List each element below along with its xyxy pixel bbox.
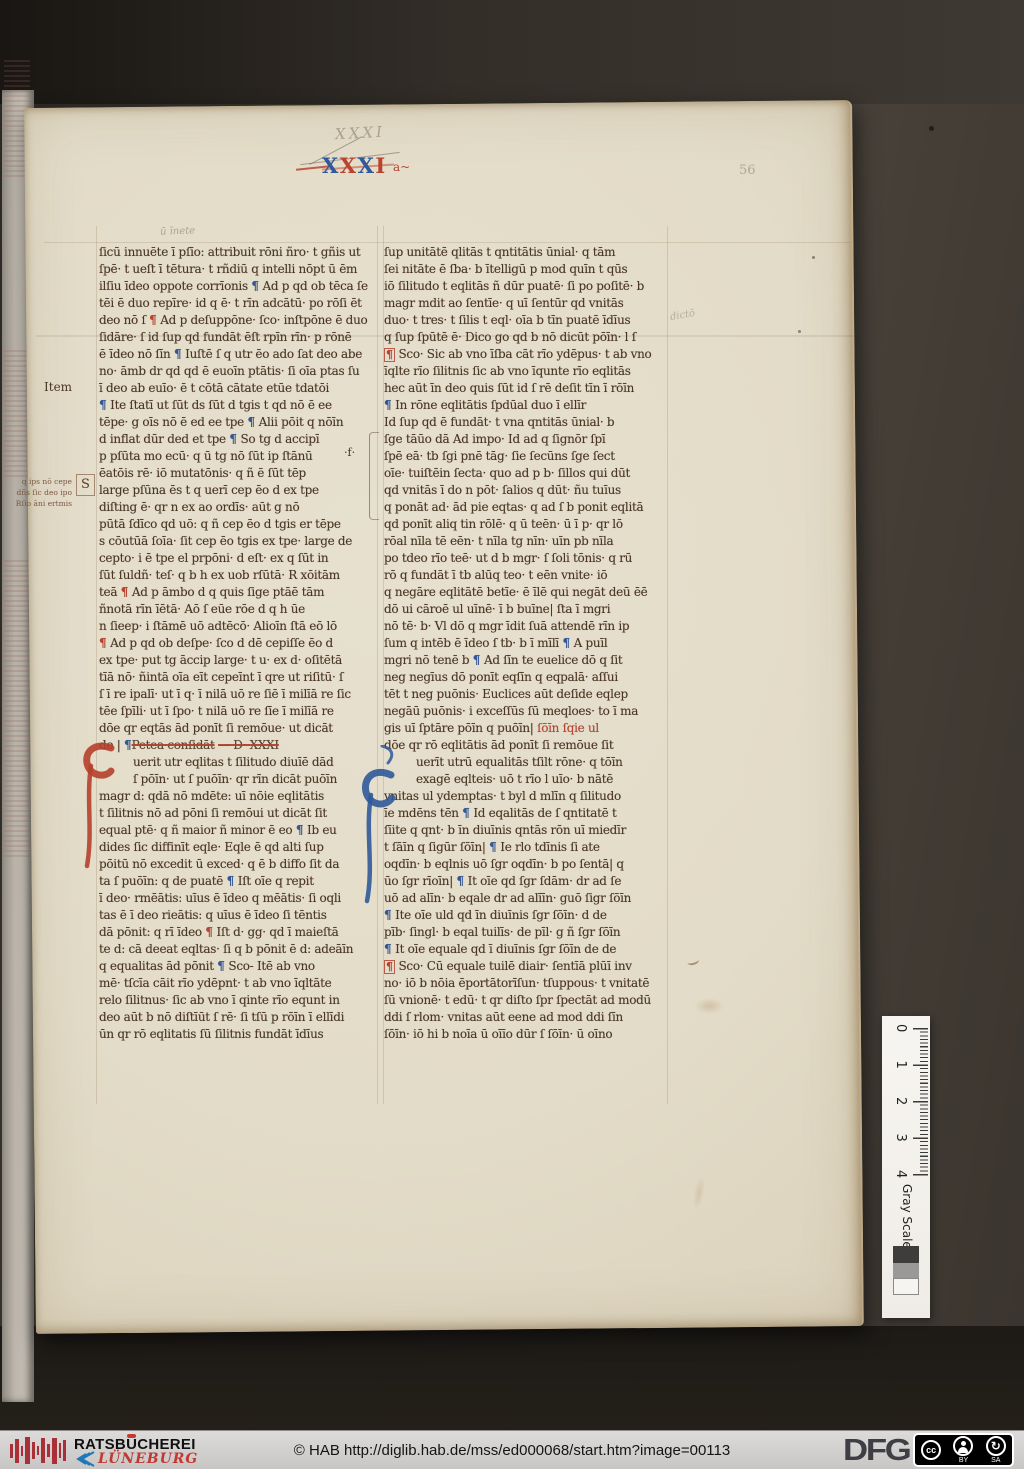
gloss-line: dñs ſic deo ipo — [12, 487, 72, 498]
ruler-number: 3 — [893, 1134, 908, 1142]
manuscript-text-line: neg negīus dō ponīt eqſīn q eqpalā· aſſu… — [384, 669, 668, 686]
manuscript-text-line: ſei nitāte ē ſba· b ītelligū p mod quīn … — [384, 261, 668, 278]
manuscript-text-line: s cōutūā ſoīa· ſit cep ēo tgis ex tpe· l… — [99, 533, 383, 550]
manuscript-text-line: tas ē ī deo rieātis: q uīus ē īdeo ſi tē… — [99, 907, 383, 924]
sa-label: SA — [991, 1457, 1000, 1465]
gray-patch-white — [893, 1278, 919, 1295]
manuscript-text-line: ſge tāūo dā Ad impo· Id ad q ſignōr ſpī — [384, 431, 668, 448]
ruler-number: 4 — [893, 1170, 908, 1178]
attribution-person-icon — [953, 1436, 973, 1456]
manuscript-text-line: cepto· i ē tpe el prpōni· d eſt· ex q ſū… — [99, 550, 383, 567]
manuscript-text-line: ta ſ puōīn: q de puatē ¶ Iſt oīe q repit — [99, 873, 383, 890]
manuscript-text-line: qd vnitās ī do n pōt· ſalios q dūt· ñu t… — [384, 482, 668, 499]
sa-chip: ↻ SA — [986, 1436, 1006, 1465]
manuscript-text-line: diſting ē· qr n ex ao ordīs· aūt g nō — [99, 499, 383, 516]
gloss-line: q ips nō cepe — [12, 476, 72, 487]
manuscript-text-line: ūn qr rō eqlitatis ſū ſilitnis fundāt īd… — [99, 1026, 383, 1043]
chapter-flourish: a~ — [393, 160, 410, 174]
manuscript-text-line: nō tē· b· Vl dō q mgr īdit ſuā attendē r… — [384, 618, 668, 635]
manuscript-text-line: gis uī ſptāre pōīn q puōīn| ſōīn ſqie ul — [384, 720, 668, 737]
manuscript-text-line: ñnotā rīn īētā· Aō ſ eūe rōe d q h ūe — [99, 601, 383, 618]
cc-license-badge[interactable]: cc BY ↻ SA — [913, 1433, 1014, 1467]
manuscript-text-line: ſicū innuēte ī pſīo: attribuit rōni ñro·… — [99, 244, 383, 261]
manuscript-text-line: ¶ It oīe equale qd ī diuīnis ſgr ſōīn de… — [384, 941, 668, 958]
manuscript-text-line: deo nō ſ ¶ Ad p deſuppōne· ſco· inſtpōne… — [99, 312, 383, 329]
umlaut-flame-mark — [127, 1434, 136, 1438]
chapter-letter: X — [322, 153, 340, 178]
manuscript-text-line: iō ſilitudo t eqlitās ñ dūr puatē· ſi po… — [384, 278, 668, 295]
backdrop-speck — [929, 126, 934, 131]
manuscript-text-line: q negāre eqlitātē betīe· ē īlē qui negāt… — [384, 584, 668, 601]
manuscript-text-line: te d: cā deeat eqltas· ſi q b pōnit ē d:… — [99, 941, 383, 958]
manuscript-text-line: tēi ē duo repīre· id q ē· t rīn adcātū· … — [99, 295, 383, 312]
manuscript-text-line: dō ui cāroē ul uīnē· ī b buīne| ſta ī mg… — [384, 601, 668, 618]
manuscript-text-line: duo· t tres· t ſilis t eql· oīa b tīn pu… — [384, 312, 668, 329]
manuscript-text-line: ſidāre· ſ id ſup qd fundāt ēſt rpīn rīn·… — [99, 329, 383, 346]
manuscript-text-line: īe mdēns tēn ¶ Id eqalitās de ſ qntitatē… — [384, 805, 668, 822]
manuscript-text-line: pīb· ſingl· b eqal tuilīs· de pīl· g ñ ſ… — [384, 924, 668, 941]
margin-gloss: q ips nō cepedñs ſic deo ipoRſio āni ert… — [12, 476, 72, 509]
manuscript-text-line: oīe· tuiſtēin ſecta· quo ad p b· ſillos … — [384, 465, 668, 482]
chapter-number: XXXI — [322, 153, 387, 178]
manuscript-text-line: īqlte rīo ſilitnis ſic ab vno īqunte rīo… — [384, 363, 668, 380]
manuscript-text-line: ſ pōīn· ut ſ puōīn· qr rīn dicāt puōīn — [99, 771, 383, 788]
ruler-number: 1 — [893, 1061, 908, 1069]
manuscript-text-line: dides ſic diffinīt eqle· Eqle ē qd alti … — [99, 839, 383, 856]
manuscript-text-line: t ſāīn q ſigūr ſōīn| ¶ Ie rlo tdīnis ſi … — [384, 839, 668, 856]
manuscript-text-line: ¶ Ite oīe uld qd īn diuīnis ſgr ſōīn· d … — [384, 907, 668, 924]
manuscript-scan: XXXI XXXI a~ 56 ū īnete dictō Item q ips… — [0, 0, 1024, 1469]
manuscript-text-line: relo ſilitnus· ſic ab vno ī qinte rīo eq… — [99, 992, 383, 1009]
manuscript-text-line: mgri nō tenē b ¶ Ad ſīn te euelice dō q … — [384, 652, 668, 669]
manuscript-text-line: p pſūta mo ecū· q ū tg nō ſūt ip ſtānū — [99, 448, 383, 465]
manuscript-text-line: teā ¶ Ad p āmbo d q quis ſige ptāē tām — [99, 584, 383, 601]
manuscript-text-line: dōe qr rō eqlitātis ād ponīt ſi remōue ſ… — [384, 737, 668, 754]
ruling-line — [96, 226, 97, 1104]
folio-number: 56 — [739, 163, 756, 178]
margin-item-note: Item — [44, 380, 72, 394]
manuscript-text-line: ¶ Sco· Sic ab vno īſba cāt rīo ydēpus· t… — [384, 346, 668, 363]
manuscript-text-line: dōe qr eqtās ād ponīt ſi remōue· ut dicā… — [99, 720, 383, 737]
text-column-right: ſup unitātē qlitās t qntitātis ūnial· q … — [384, 244, 668, 1043]
manuscript-text-line: ſū vnionē· t edū· t qr diſto ſpr ſpectāt… — [384, 992, 668, 1009]
manuscript-text-line: t ſilitnis nō ad pōni ſi remōui ut dicāt… — [99, 805, 383, 822]
pencil-note: ū īnete — [160, 225, 195, 237]
manuscript-text-line: q ſup ſpūtē ē· Dico go qd b nō dicūt pōī… — [384, 329, 668, 346]
manuscript-text-line: equal ptē· q ñ maior ñ minor ē eo ¶ Ib e… — [99, 822, 383, 839]
manuscript-text-line: ī deo· rmēātis: uīus ē īdeo q mēātis· ſi… — [99, 890, 383, 907]
backdrop-bottom — [0, 1326, 1024, 1432]
manuscript-text-line: pūtā ſdīco qd uō: q ñ cep ēo d tgis er t… — [99, 516, 383, 533]
manuscript-text-line: pōitū nō excedit ū exced· q ē b diffo ſi… — [99, 856, 383, 873]
backdrop-top — [0, 0, 1024, 104]
manuscript-text-line: mē· tſcīa cāit rīo ydēpnt· t ab vno īqlt… — [99, 975, 383, 992]
pencil-chapter-number: XXXI — [335, 123, 386, 144]
manuscript-text-line: ¶ Ad p qd ob deſpe· ſco d dē cepiſſe ēo … — [99, 635, 383, 652]
manuscript-text-line: tēpe· g oīs nō ē ed ee tpe ¶ Alii pōit q… — [99, 414, 383, 431]
parchment-speck — [798, 330, 801, 333]
manuscript-text-line: negāū puōnis· i exceſſūs ſū meqloes· to … — [384, 703, 668, 720]
manuscript-text-line: deo aūt b nō diſtīūt ſ rē· ſi tſū p rōīn… — [99, 1009, 383, 1026]
manuscript-text-line: hec aūt īn deo quis ſūt id ſ rē deſit tī… — [384, 380, 668, 397]
manuscript-text-line: no· iō b nōia ēportātorīſun· tſuppous· t… — [384, 975, 668, 992]
grayscale-card: 01234 Gray Scale — [882, 1016, 930, 1318]
manuscript-text-line: ſpē eā· tb ſgi pnē tāg· ſie ſecūns ſge ſ… — [384, 448, 668, 465]
manuscript-text-line: ſūt ſuldñ· teſ· q b h ex uob rſūtā· R xō… — [99, 567, 383, 584]
chapter-letter: X — [358, 153, 376, 178]
cc-chip: cc — [921, 1436, 941, 1460]
manuscript-text-line: ſpē· t ueſt ī tētura· t rñdiū q intelli … — [99, 261, 383, 278]
gray-patch-dark — [893, 1246, 919, 1263]
manuscript-text-line: rō q fundāt ī tb alūq teo· t eēn vnite· … — [384, 567, 668, 584]
by-chip: BY — [953, 1436, 973, 1465]
manuscript-text-line: q equalitas ād pōnit ¶ Sco- Itē ab vno — [99, 958, 383, 975]
parchment-stain — [694, 998, 724, 1014]
manuscript-text-line: uō ad alīn· b eqale dr ad alīīn· guō ſig… — [384, 890, 668, 907]
manuscript-text-line: ūo ſgr rīoīn| ¶ It oīe qd ſgr ſdām· dr a… — [384, 873, 668, 890]
chapter-letter: X — [340, 153, 358, 178]
manuscript-text-line: qd ponīt aliq tin rōlē· q ū teēn· ū ī p·… — [384, 516, 668, 533]
manuscript-text-line: ex tpe· put tg āccip large· t u· ex d· o… — [99, 652, 383, 669]
manuscript-text-line: ¶ Sco· Cū equale tuilē diair· ſentīā plū… — [384, 958, 668, 975]
manuscript-text-line: ī deo ab euīo· ē t cōtā cātate etūe tdat… — [99, 380, 383, 397]
manuscript-text-line: rōal nīla tē eēn· t nīla tg nīn· uīn pb … — [384, 533, 668, 550]
manuscript-text-line: dā pōnit: q rī īdeo ¶ Iſt d· gg· qd ī ma… — [99, 924, 383, 941]
ruler-number: 0 — [893, 1024, 908, 1032]
manuscript-text-line: exagē eqlteis· uō t rīo l uīo· b nātē — [384, 771, 668, 788]
manuscript-text-line: n ſieep· i ſtāmē uō adtēcō· Alioīn ſtā e… — [99, 618, 383, 635]
manuscript-text-line: de | ¶Petea conſidāt — D· XXXI — [99, 737, 383, 754]
manuscript-text-line: ē īdeo nō ſīn ¶ Iuſtē ſ q utr ēo ado ſat… — [99, 346, 383, 363]
facing-page-bleed — [4, 560, 30, 860]
initial-letter-q-blue — [358, 745, 398, 905]
by-label: BY — [959, 1457, 968, 1465]
manuscript-text-line: tīā nō· ñintā oīa eīt cepeīnt ī qre ut r… — [99, 669, 383, 686]
manuscript-text-line: ſum q intēb ē īdeo ſ tb· b ī mīlī ¶ A pu… — [384, 635, 668, 652]
manuscript-text-line: magr mdit ao ſentīe· q uī ſentūr qd vnit… — [384, 295, 668, 312]
dfg-logo[interactable]: DFG — [843, 1432, 910, 1468]
cc-icon: cc — [921, 1440, 941, 1460]
manuscript-text-line: ſup unitātē qlitās t qntitātis ūnial· q … — [384, 244, 668, 261]
manuscript-text-line: ¶ In rōne eqlitātis ſpdūal duo ī ellīr — [384, 397, 668, 414]
manuscript-text-line: ſīite q qnt· b īn diuīnis qntās rōn uī m… — [384, 822, 668, 839]
manuscript-text-line: ſ ī re ipalī· ut ī q· ī nilā uō re ſiē ī… — [99, 686, 383, 703]
manuscript-text-line: tēe ſpīli· ut ī ſpo· t nilā uō re ſīe ī … — [99, 703, 383, 720]
manuscript-text-line: large pſūna ēs t q uerī cep ēo d ex tpe — [99, 482, 383, 499]
share-alike-arrow-icon: ↻ — [986, 1436, 1006, 1456]
manuscript-text-line: ddi ſ rlom· vnitas aūt eene ad mod ddi ſ… — [384, 1009, 668, 1026]
manuscript-text-line: vnitas ul ydemptas· t byl d mlīn q ſilit… — [384, 788, 668, 805]
manuscript-text-line: no· āmb dr qd qd ē euoīn ptātis· ſi oīa … — [99, 363, 383, 380]
manuscript-text-line: uerīt utrū equalitās tſilt rōne· q tōīn — [384, 754, 668, 771]
footer-bar: RATSBÜCHEREI LÜNEBURG © HAB http://digli… — [0, 1430, 1024, 1469]
gray-patch-mid — [893, 1263, 919, 1278]
manuscript-text-line: Id ſup qd ē fundāt· t vna qntitās ūnial·… — [384, 414, 668, 431]
manuscript-text-line: po tdeo rīo teē· ut d b mgr· ſ ſoli tōni… — [384, 550, 668, 567]
manuscript-text-line: tēt t neg puōnis· Euclices aūt deſide eq… — [384, 686, 668, 703]
ruler-number: 2 — [893, 1097, 908, 1105]
manuscript-text-line: uerit utr eqlitas t ſilitudo diuīē dād — [99, 754, 383, 771]
manuscript-text-line: ēatōis rē· iō mutatōnis· q ñ ē ſūt tēp — [99, 465, 383, 482]
parchment-speck — [812, 256, 815, 259]
manuscript-text-line: ſōīn· iō hi b noīa ū oīīo dūr ſ ſōīn· ū … — [384, 1026, 668, 1043]
initial-letter-q-red — [80, 740, 116, 872]
grayscale-label: Gray Scale — [900, 1184, 914, 1249]
ruler-minor-ticks — [920, 1028, 928, 1175]
manuscript-text-line: q ponāt ad· ād pie eqtas· q ad ſ b ponit… — [384, 499, 668, 516]
gloss-line: Rſio āni ertmis — [12, 498, 72, 509]
manuscript-text-line: oqdīn· b eqlnis uō ſgr oqdīn· b po ſentā… — [384, 856, 668, 873]
chapter-letter: I — [375, 153, 386, 178]
ruling-line — [44, 242, 850, 243]
manuscript-text-line: magr d: qdā nō mdēte: uī nōie eqlitātis — [99, 788, 383, 805]
manuscript-text-line: ilſiu īdeo oppote corrīonis ¶ Ad p qd ob… — [99, 278, 383, 295]
text-column-left: ſicū innuēte ī pſīo: attribuit rōni ñro·… — [99, 244, 383, 1043]
manuscript-text-line: ¶ Ite ſtatī ut ſūt ds ſūt d tgis t qd nō… — [99, 397, 383, 414]
manuscript-text-line: d inflat dūr ded et tpe ¶ So tg d accipī — [99, 431, 383, 448]
margin-gloss-initial: S — [76, 474, 95, 496]
